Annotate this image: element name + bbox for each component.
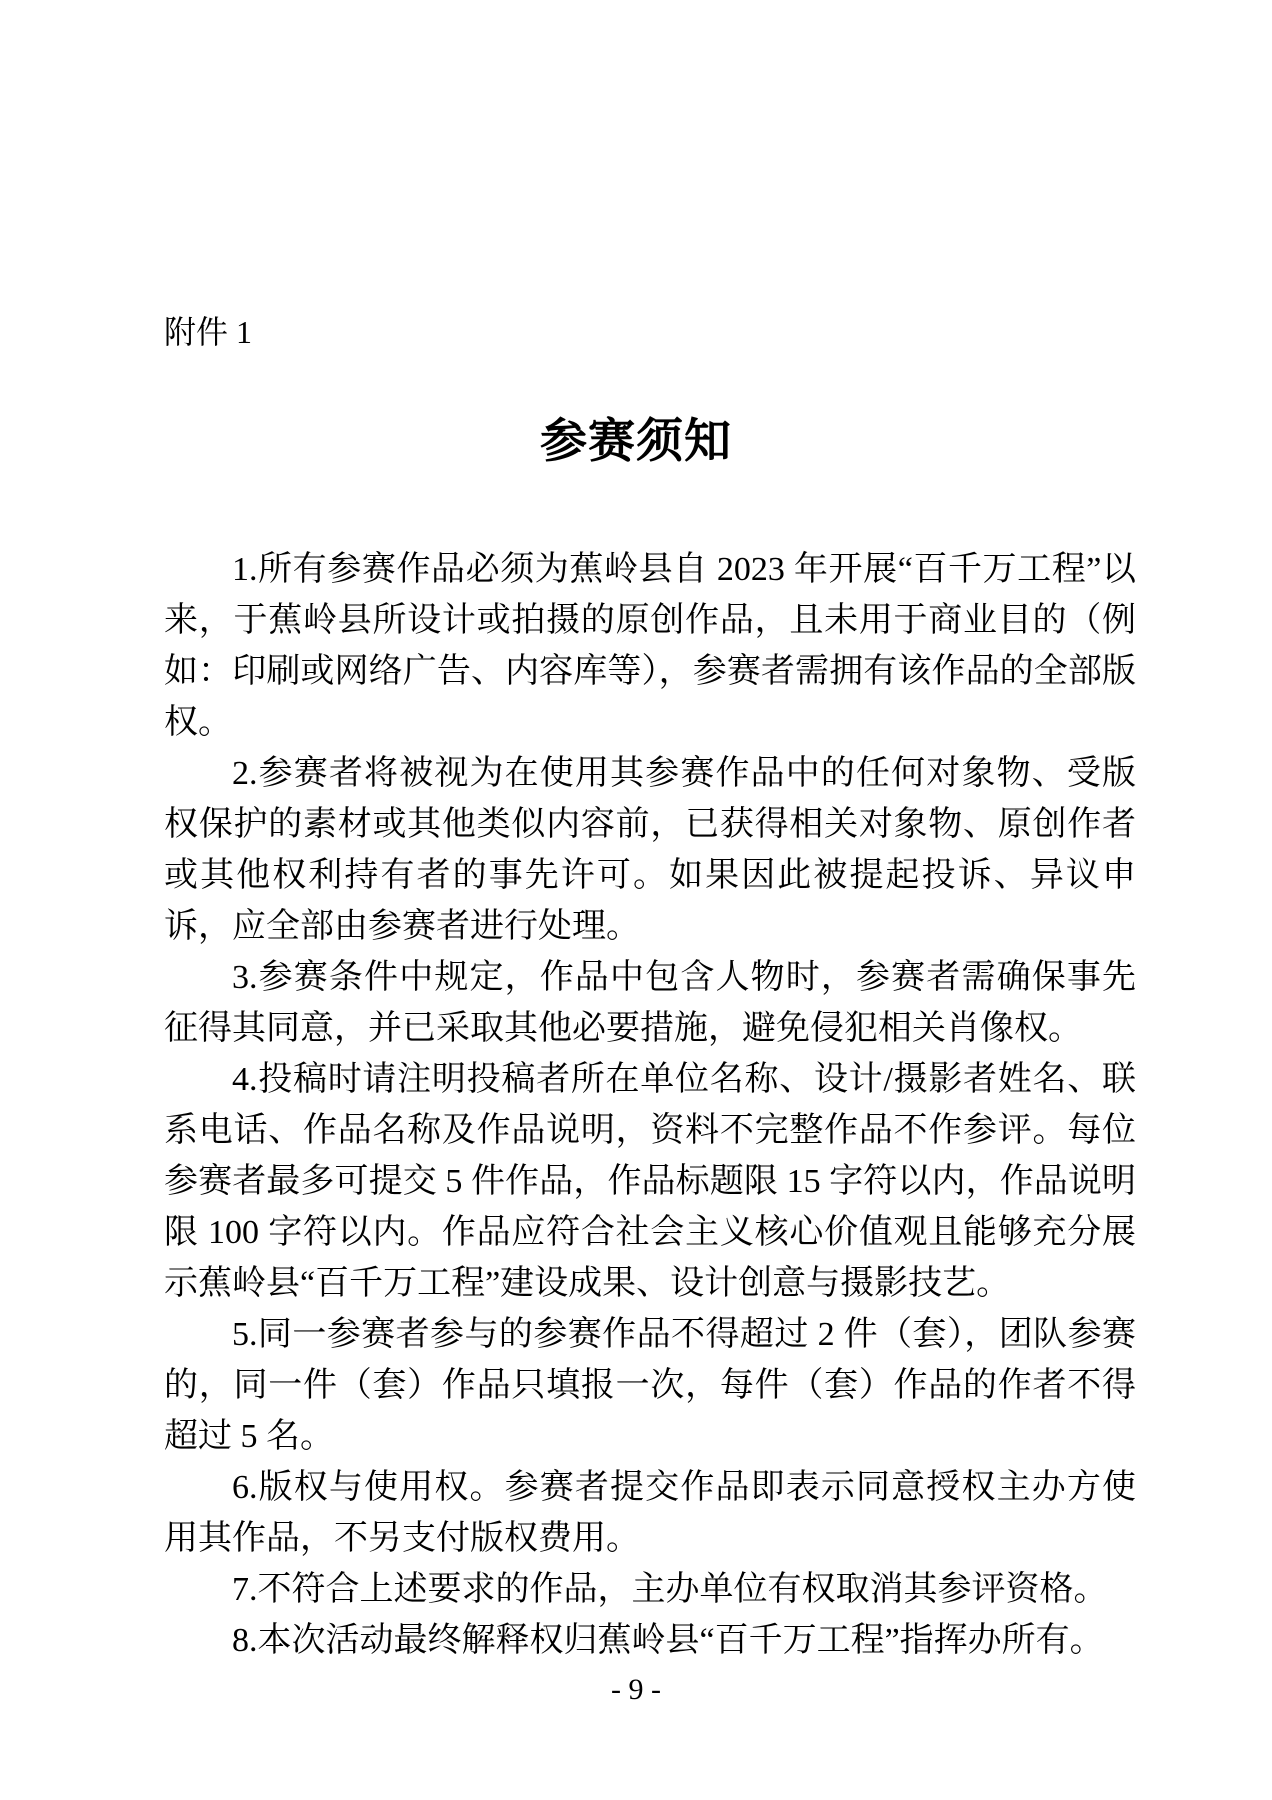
document-body: 1.所有参赛作品必须为蕉岭县自 2023 年开展“百千万工程”以来，于蕉岭县所设… — [164, 544, 1136, 1666]
paragraph: 4.投稿时请注明投稿者所在单位名称、设计/摄影者姓名、联系电话、作品名称及作品说… — [164, 1054, 1136, 1309]
document-title: 参赛须知 — [0, 414, 1272, 470]
paragraph: 2.参赛者将被视为在使用其参赛作品中的任何对象物、受版权保护的素材或其他类似内容… — [164, 748, 1136, 952]
attachment-label: 附件 1 — [164, 314, 252, 350]
paragraph: 8.本次活动最终解释权归蕉岭县“百千万工程”指挥办所有。 — [164, 1615, 1136, 1666]
paragraph: 3.参赛条件中规定，作品中包含人物时，参赛者需确保事先征得其同意，并已采取其他必… — [164, 952, 1136, 1054]
paragraph: 5.同一参赛者参与的参赛作品不得超过 2 件（套），团队参赛的，同一件（套）作品… — [164, 1309, 1136, 1462]
paragraph: 7.不符合上述要求的作品，主办单位有权取消其参评资格。 — [164, 1564, 1136, 1615]
paragraph: 6.版权与使用权。参赛者提交作品即表示同意授权主办方使用其作品，不另支付版权费用… — [164, 1462, 1136, 1564]
document-page: 附件 1 参赛须知 1.所有参赛作品必须为蕉岭县自 2023 年开展“百千万工程… — [0, 0, 1272, 1800]
page-number: - 9 - — [0, 1672, 1272, 1708]
paragraph: 1.所有参赛作品必须为蕉岭县自 2023 年开展“百千万工程”以来，于蕉岭县所设… — [164, 544, 1136, 748]
